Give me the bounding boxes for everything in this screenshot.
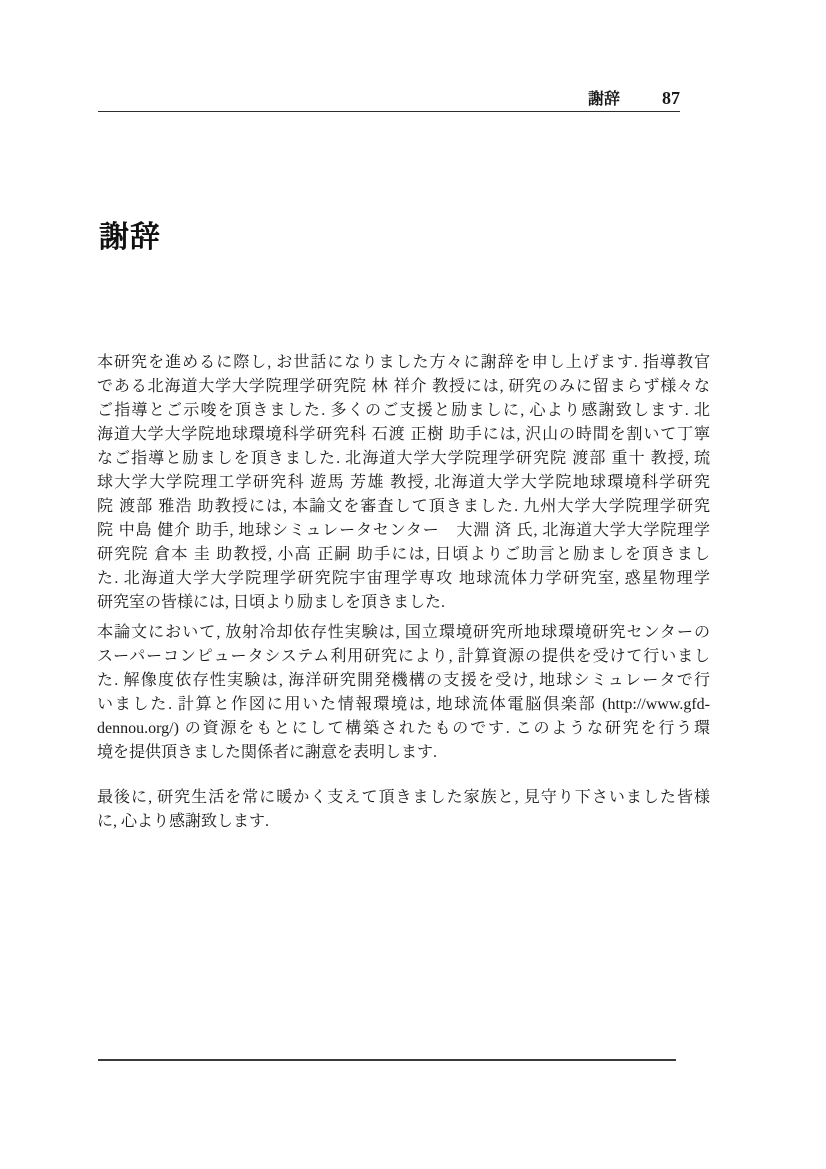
text-line: 本論文において, 放射冷却依存性実験は, 国立環境研究所地球環境研究センターの — [97, 621, 710, 645]
text-line: た. 北海道大学大学院理学研究院宇宙理学専攻 地球流体力学研究室, 惑星物理学 — [97, 567, 710, 591]
text-line: に, 心より感謝致します. — [97, 810, 710, 834]
running-header: 謝辞 87 — [98, 88, 680, 110]
text-line: 院 渡部 雅浩 助教授には, 本論文を審査して頂きました. 九州大学大学院理学研… — [97, 495, 710, 519]
text-line: 院 中島 健介 助手, 地球シミュレータセンター 大淵 済 氏, 北海道大学大学… — [97, 519, 710, 543]
text-line: なご指導と励ましを頂きました. 北海道大学大学院理学研究院 渡部 重十 教授, … — [97, 447, 710, 471]
text-line: 研究室の皆様には, 日頃より励ましを頂きました. — [97, 591, 710, 615]
text-line: 球大学大学院理工学研究科 遊馬 芳雄 教授, 北海道大学大学院地球環境科学研究 — [97, 471, 710, 495]
text-line: スーパーコンピュータシステム利用研究により, 計算資源の提供を受けて行いまし — [97, 645, 710, 669]
document-page: 謝辞 87 謝辞 本研究を進めるに際し, お世話になりました方々に謝辞を申し上げ… — [0, 0, 826, 1169]
text-line: である北海道大学大学院理学研究院 林 祥介 教授には, 研究のみに留まらず様々な — [97, 375, 710, 399]
paragraph: 最後に, 研究生活を常に暖かく支えて頂きました家族と, 見守り下さいました皆様に… — [97, 786, 710, 834]
body-text: 本研究を進めるに際し, お世話になりました方々に謝辞を申し上げます. 指導教官で… — [97, 351, 710, 834]
text-line: 境を提供頂きました関係者に謝意を表明します. — [97, 741, 710, 765]
header-rule — [98, 111, 680, 112]
chapter-title: 謝辞 — [99, 222, 161, 254]
text-line: 最後に, 研究生活を常に暖かく支えて頂きました家族と, 見守り下さいました皆様 — [97, 786, 710, 810]
paragraph: 本研究を進めるに際し, お世話になりました方々に謝辞を申し上げます. 指導教官で… — [97, 351, 710, 615]
text-line: dennou.org/) の資源をもとにして構築されたものです. このような研究… — [97, 717, 710, 741]
footer-rule — [98, 1059, 676, 1061]
running-header-page-number: 87 — [662, 88, 680, 108]
paragraph: 本論文において, 放射冷却依存性実験は, 国立環境研究所地球環境研究センターのス… — [97, 621, 710, 765]
text-line: 研究院 倉本 圭 助教授, 小高 正嗣 助手には, 日頃よりご助言と励ましを頂き… — [97, 543, 710, 567]
text-line: 本研究を進めるに際し, お世話になりました方々に謝辞を申し上げます. 指導教官 — [97, 351, 710, 375]
running-header-section-title: 謝辞 — [588, 90, 620, 110]
text-line: いました. 計算と作図に用いた情報環境は, 地球流体電脳倶楽部 (http://… — [97, 693, 710, 717]
text-line: ご指導とご示唆を頂きました. 多くのご支援と励ましに, 心より感謝致します. 北 — [97, 399, 710, 423]
text-line: 海道大学大学院地球環境科学研究科 石渡 正樹 助手には, 沢山の時間を割いて丁寧 — [97, 423, 710, 447]
text-line: た. 解像度依存性実験は, 海洋研究開発機構の支援を受け, 地球シミュレータで行 — [97, 669, 710, 693]
